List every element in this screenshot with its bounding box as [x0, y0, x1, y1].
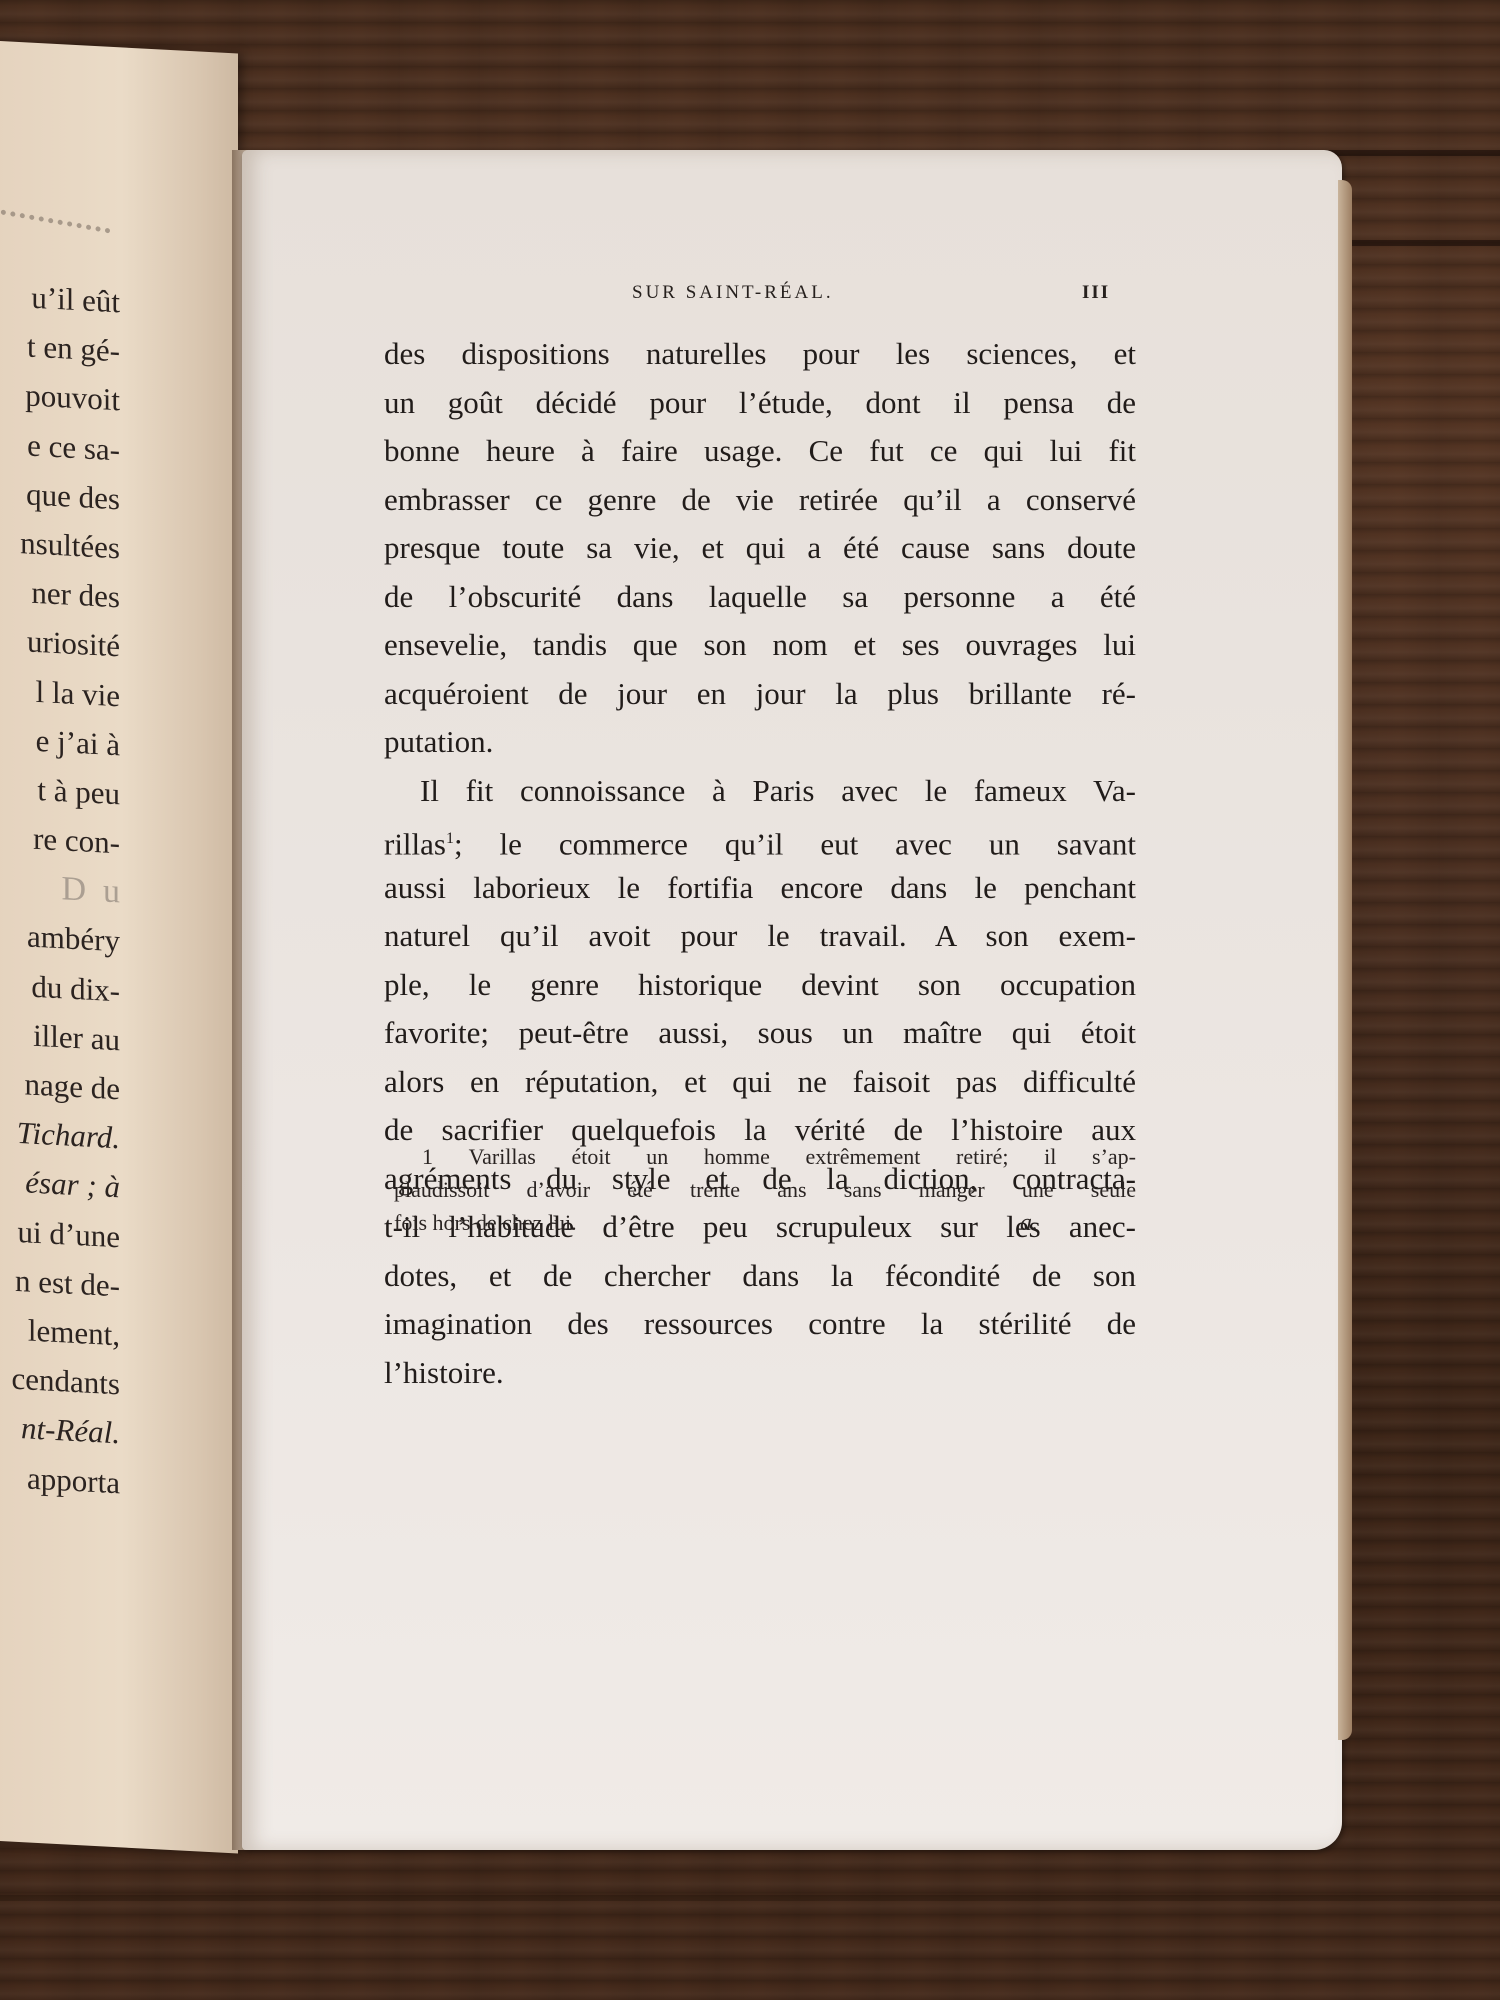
text-line: iller au	[12, 1009, 120, 1064]
text-line: pouvoit	[12, 370, 120, 425]
text-line: un goût décidé pour l’étude, dont il pen…	[384, 379, 1136, 428]
drop-cap-showthrough: D u	[12, 862, 120, 917]
text-line: dotes, et de chercher dans la fécondité …	[384, 1252, 1136, 1301]
text-line: que des	[12, 468, 120, 523]
signature-mark: a.	[1020, 1210, 1038, 1237]
text-line: ple, le genre historique devint son occu…	[384, 961, 1136, 1010]
text-line: ui d’une	[12, 1206, 120, 1261]
text-fragment: ; le commerce qu’il eut avec un savant	[454, 826, 1136, 861]
text-line: ner des	[12, 567, 120, 622]
text-line: e ce sa-	[12, 419, 120, 474]
page-number: III	[1082, 282, 1110, 304]
text-line: putation.	[384, 718, 1136, 767]
text-line: du dix-	[12, 960, 120, 1015]
text-line: apporta	[12, 1452, 120, 1507]
text-line: nt-Réal.	[12, 1403, 120, 1458]
text-line: imagination des ressources contre la sté…	[384, 1300, 1136, 1349]
text-line: embrasser ce genre de vie retirée qu’il …	[384, 476, 1136, 525]
text-line: naturel qu’il avoit pour le travail. A s…	[384, 912, 1136, 961]
text-line: n est de-	[12, 1255, 120, 1310]
text-line: des dispositions naturelles pour les sci…	[384, 330, 1136, 379]
text-line: l la vie	[12, 665, 120, 720]
text-line: ésar ; à	[12, 1157, 120, 1212]
footnote-marker[interactable]: 1	[446, 830, 454, 847]
text-line-with-footnote: rillas1; le commerce qu’il eut avec un s…	[384, 815, 1136, 864]
left-page-text: u’il eût t en gé- pouvoit e ce sa- que d…	[12, 272, 120, 1507]
left-page: u’il eût t en gé- pouvoit e ce sa- que d…	[0, 40, 238, 1854]
footnote-line: 1 Varillas étoit un homme extrêmement re…	[394, 1140, 1136, 1173]
text-line: l’histoire.	[384, 1349, 1136, 1398]
footnote-number: 1	[422, 1144, 433, 1169]
text-line: nage de	[12, 1059, 120, 1114]
text-line: aussi laborieux le fortifia encore dans …	[384, 864, 1136, 913]
footnote-text: Varillas étoit un homme extrêmement reti…	[469, 1144, 1136, 1169]
text-line: de l’obscurité dans laquelle sa personne…	[384, 573, 1136, 622]
right-page: SUR SAINT-RÉAL. III des dispositions nat…	[242, 150, 1342, 1850]
text-line: acquéroient de jour en jour la plus bril…	[384, 670, 1136, 719]
text-line: t en gé-	[12, 321, 120, 376]
text-line: u’il eût	[12, 272, 120, 327]
text-line: e j’ai à	[12, 714, 120, 769]
text-line: cendants	[12, 1354, 120, 1409]
text-line: alors en réputation, et qui ne faisoit p…	[384, 1058, 1136, 1107]
text-line: uriosité	[12, 616, 120, 671]
ornament-rule	[0, 209, 110, 241]
text-line: nsultées	[12, 518, 120, 573]
text-line: Tichard.	[12, 1108, 120, 1163]
text-line: ensevelie, tandis que son nom et ses ouv…	[384, 621, 1136, 670]
text-line: favorite; peut-être aussi, sous un maîtr…	[384, 1009, 1136, 1058]
text-line: Il fit connoissance à Paris avec le fame…	[384, 767, 1136, 816]
text-line: re con-	[12, 813, 120, 868]
text-line: lement,	[12, 1305, 120, 1360]
running-head: SUR SAINT-RÉAL.	[632, 282, 834, 304]
text-line: ambéry	[12, 911, 120, 966]
footnote-line: plaudissoit d’avoir été trente ans sans …	[394, 1173, 1136, 1206]
page-edge	[1338, 180, 1352, 1740]
text-line: bonne heure à faire usage. Ce fut ce qui…	[384, 427, 1136, 476]
text-line: t à peu	[12, 764, 120, 819]
text-line: presque toute sa vie, et qui a été cause…	[384, 524, 1136, 573]
text-fragment: rillas	[384, 826, 446, 861]
